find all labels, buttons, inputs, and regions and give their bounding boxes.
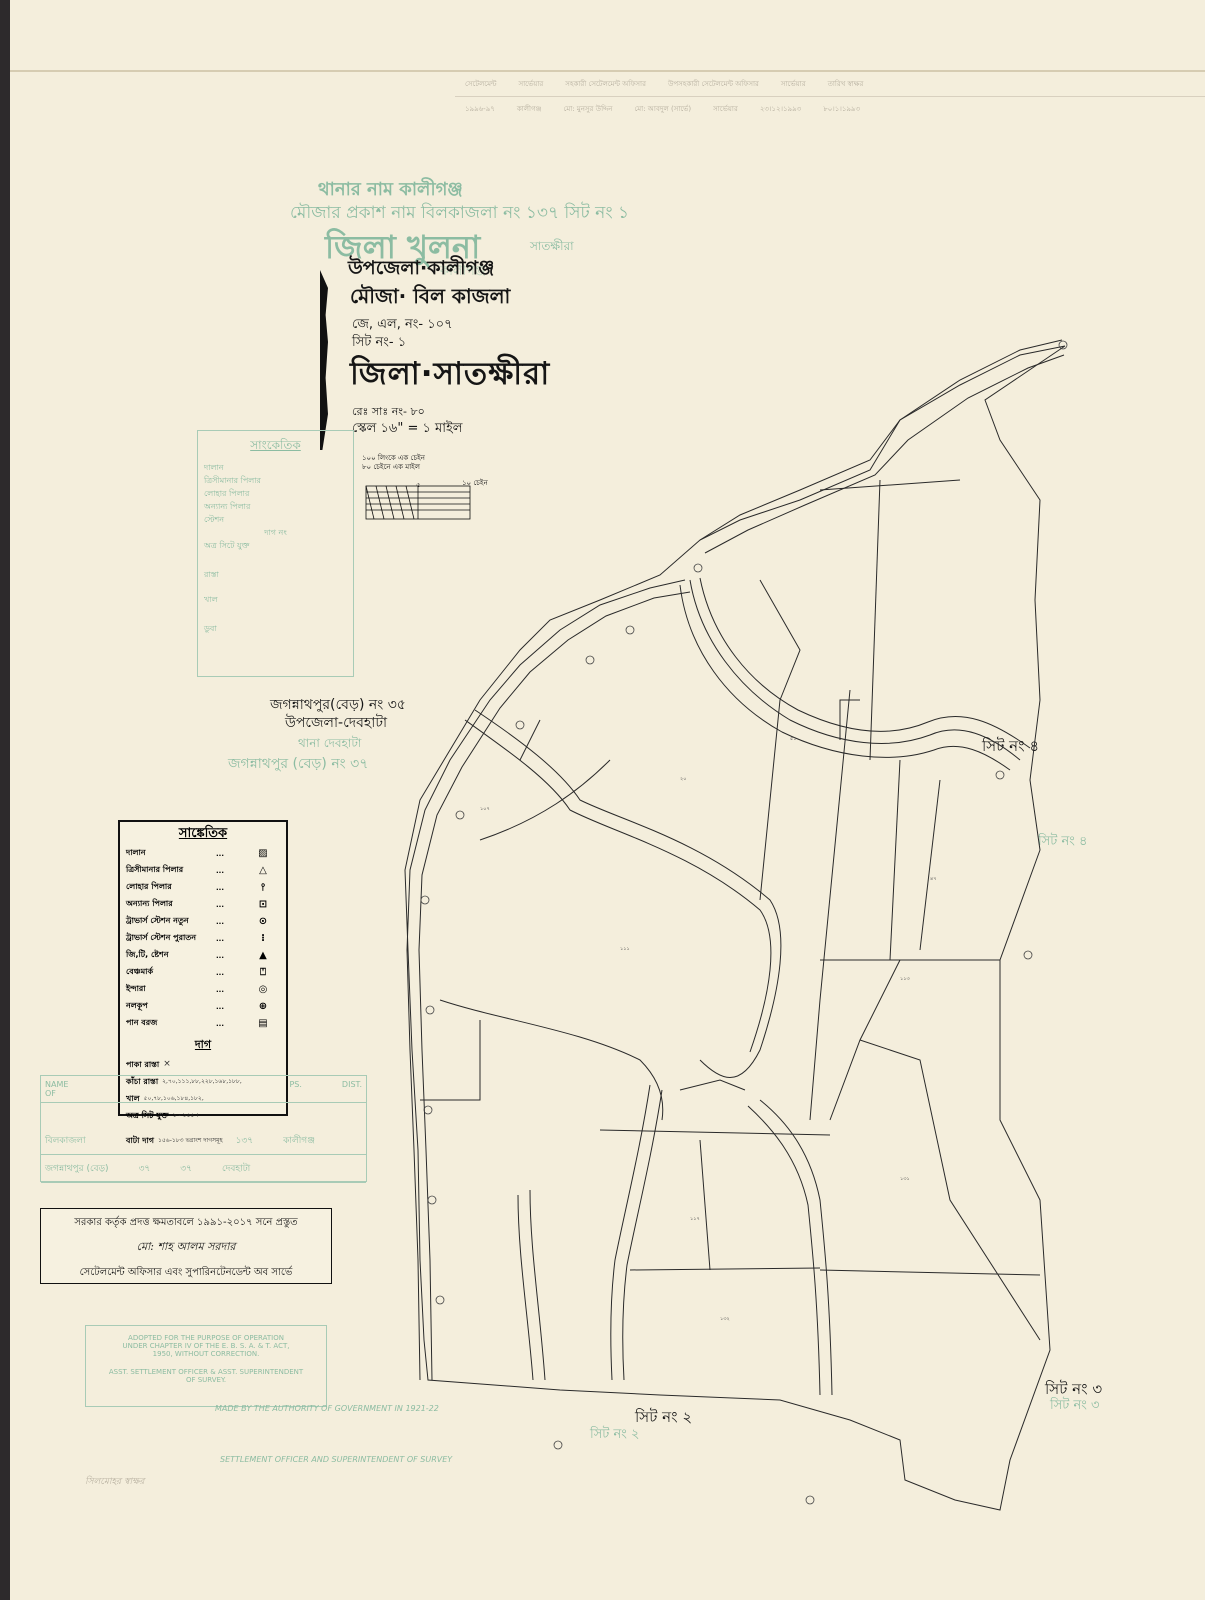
made-by-text: MADE BY THE AUTHORITY OF GOVERNMENT IN 1… [215,1404,439,1413]
legend-row: পান বরজ...▤ [120,1015,286,1032]
dag-value: × [163,1059,171,1072]
building-icon: ▨ [246,848,280,859]
well-icon: ◎ [246,984,280,995]
legend-box: সাঙ্কেতিক দালান...▨ ত্রিসীমানার পিলার...… [118,820,288,1116]
old-table-cell: ৩৭ [180,1161,192,1176]
betel-garden-icon: ▤ [246,1018,280,1029]
stamp-line: UNDER CHAPTER IV OF THE E. B. S. A. & T.… [86,1342,326,1350]
old-table-cell: বিলকাজলা [45,1133,86,1148]
dag-label: পাকা রাস্তা [126,1059,159,1072]
adoption-stamp: ADOPTED FOR THE PURPOSE OF OPERATION UND… [85,1325,327,1407]
legend-label: ট্রাভার্স স্টেশন পুরাতন [126,932,216,945]
old-table-cell: ১৩৭ [236,1133,254,1148]
tubewell-icon: ⊕ [246,1001,280,1012]
stamp-line: 1950, WITHOUT CORRECTION. [86,1350,326,1358]
legend-label: দালান [126,847,216,860]
certificate-box: সরকার কর্তৃক প্রদত্ত ক্ষমতাবলে ১৯৯১-২০১৭… [40,1208,332,1284]
old-mouza-table: NAME OF PS. DIST. বিলকাজলা ১৩৭ কালীগঞ্জ … [40,1075,367,1182]
certificate-signature: মো: শাহ আলম সরদার [41,1238,331,1257]
svg-text:৫১: ৫১ [790,736,797,742]
old-table-cell: ৩৭ [139,1161,151,1176]
legend-label: ট্রাভার্স স্টেশন নতুন [126,915,216,928]
other-pillar-icon: ⊡ [246,899,280,910]
legend-label: ত্রিসীমানার পিলার [126,864,216,877]
old-table-cell: দেবহাটা [222,1161,250,1176]
legend-label: অন্যান্য পিলার [126,898,216,911]
dag-title: দাগ [120,1036,286,1055]
legend-label: লোহার পিলার [126,881,216,894]
legend-row: দালান...▨ [120,845,286,862]
settlement-officer-text: SETTLEMENT OFFICER AND SUPERINTENDENT OF… [220,1455,452,1464]
old-table-cell: কালীগঞ্জ [283,1133,315,1148]
legend-row: নলকূপ...⊕ [120,998,286,1015]
old-table-cell: জগন্নাথপুর (বেড়) [45,1161,109,1176]
benchmark-icon: ⍞ [246,967,280,978]
certificate-line1: সরকার কর্তৃক প্রদত্ত ক্ষমতাবলে ১৯৯১-২০১৭… [41,1215,331,1232]
svg-text:১০৭: ১০৭ [480,806,490,812]
traverse-station-old-icon: ⁝ [246,933,280,944]
svg-text:২০: ২০ [680,776,687,782]
iron-pillar-icon: ⫯ [246,882,280,893]
old-table-header: NAME OF [45,1080,69,1098]
legend-title: সাঙ্কেতিক [120,822,286,845]
certificate-line3: সেটেলমেন্ট অফিসার এবং সুপারিনটেনডেন্ট অব… [41,1265,331,1282]
handwritten-note: সিলমোহর স্বাক্ষর [85,1474,144,1489]
svg-text:১১১: ১১১ [620,946,630,952]
legend-label: জি,টি, ষ্টেশন [126,949,216,962]
legend-row: ত্রিসীমানার পিলার...△ [120,862,286,879]
legend-row: ট্রাভার্স স্টেশন পুরাতন...⁝ [120,930,286,947]
legend-row: ইন্দারা...◎ [120,981,286,998]
legend-label: ইন্দারা [126,983,216,996]
legend-row: বেঞ্চমার্ক...⍞ [120,964,286,981]
dag-row: পাকা রাস্তা× [120,1057,286,1074]
svg-text:১৩২: ১৩২ [720,1316,730,1322]
svg-text:১৩১: ১৩১ [900,1176,910,1182]
svg-text:১১৭: ১১৭ [690,1216,700,1222]
svg-text:৪৭: ৪৭ [930,876,937,882]
legend-row: ট্রাভার্স স্টেশন নতুন...⊙ [120,913,286,930]
stamp-line: ADOPTED FOR THE PURPOSE OF OPERATION [86,1334,326,1342]
legend-label: বেঞ্চমার্ক [126,966,216,979]
legend-row: অন্যান্য পিলার...⊡ [120,896,286,913]
old-table-header: DIST. [342,1080,362,1098]
stamp-line: OF SURVEY. [86,1376,326,1384]
tri-junction-pillar-icon: △ [246,865,280,876]
svg-text:১১৩: ১১৩ [900,976,910,982]
stamp-line: ASST. SETTLEMENT OFFICER & ASST. SUPERIN… [86,1368,326,1376]
gt-station-icon: ▲ [246,950,280,961]
legend-label: নলকূপ [126,1000,216,1013]
legend-label: পান বরজ [126,1017,216,1030]
legend-row: জি,টি, ষ্টেশন...▲ [120,947,286,964]
traverse-station-new-icon: ⊙ [246,916,280,927]
old-table-header: PS. [289,1080,301,1098]
legend-row: লোহার পিলার...⫯ [120,879,286,896]
